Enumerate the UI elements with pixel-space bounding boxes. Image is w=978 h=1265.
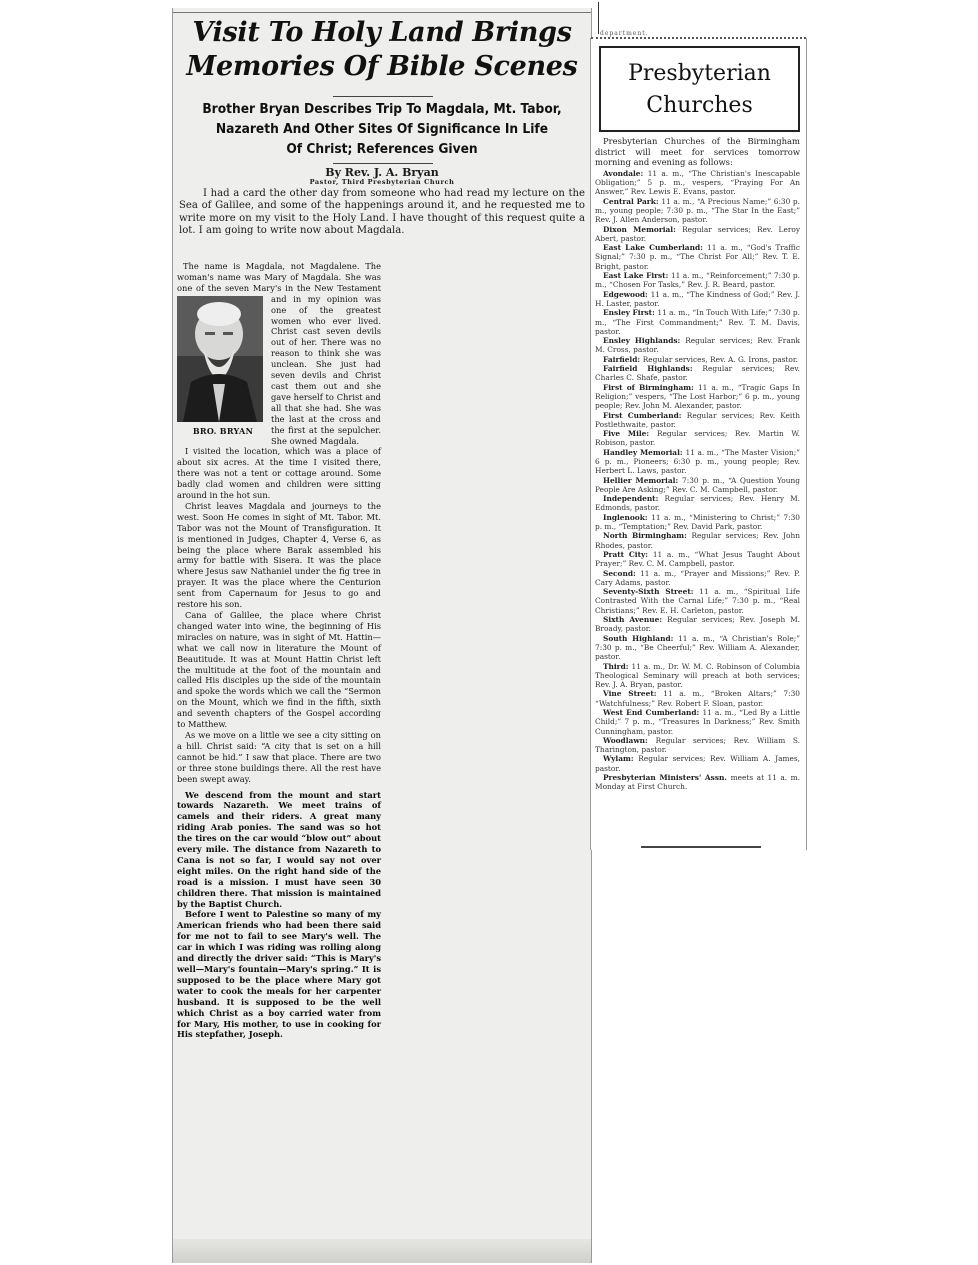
top-rule (591, 37, 806, 39)
church-name: Avondale: (603, 169, 648, 178)
church-name: Dixon Memorial: (603, 225, 682, 234)
church-listing: Woodlawn: Regular services; Rev. William… (595, 736, 800, 755)
church-listing: Fairfield Highlands: Regular services; R… (595, 364, 800, 383)
church-listing: Inglenook: 11 a. m., “Ministering to Chr… (595, 513, 800, 532)
church-listing: Dixon Memorial: Regular services; Rev. L… (595, 225, 800, 244)
church-listing: Independent: Regular services; Rev. Henr… (595, 494, 800, 513)
church-listing: Third: 11 a. m., Dr. W. M. C. Robinson o… (595, 662, 800, 690)
church-name: Sixth Avenue: (603, 615, 667, 624)
paragraph: Christ leaves Magdala and journeys to th… (177, 501, 381, 610)
author-photo-block: BRO. BRYAN (177, 296, 263, 440)
paragraph: We descend from the mount and start towa… (177, 790, 381, 910)
intro-paragraph: I had a card the other day from someone … (179, 188, 585, 238)
church-listing: Fairfield: Regular services, Rev. A. G. … (595, 355, 800, 364)
headline: Visit To Holy Land Brings Memories Of Bi… (177, 16, 587, 84)
byline-title: Pastor, Third Presbyterian Church (173, 178, 591, 186)
church-listing: Second: 11 a. m., “Prayer and Missions;”… (595, 569, 800, 588)
church-listing: Ensley First: 11 a. m., “In Touch With L… (595, 308, 800, 336)
church-name: Ensley Highlands: (603, 336, 685, 345)
church-name: Hellier Memorial: (603, 476, 682, 485)
church-listing: East Lake First: 11 a. m., “Reinforcemen… (595, 271, 800, 290)
subhead-line: Nazareth And Other Sites Of Significance… (193, 120, 571, 140)
church-list: Presbyterian Churches of the Birmingham … (595, 136, 800, 792)
church-name: Edgewood: (603, 290, 651, 299)
church-listing: First of Birmingham: 11 a. m., “Tragic G… (595, 383, 800, 411)
church-listing: Handley Memorial: 11 a. m., “The Master … (595, 448, 800, 476)
portrait-photo-icon (177, 296, 263, 422)
church-name: First Cumberland: (603, 411, 687, 420)
bottom-rule (641, 846, 761, 848)
church-listing: Ensley Highlands: Regular services; Rev.… (595, 336, 800, 355)
title-line: Churches (601, 90, 798, 122)
section-title: Presbyterian Churches (601, 48, 798, 122)
paragraph: As we move on a little we see a city sit… (177, 730, 381, 785)
church-name: East Lake Cumberland: (603, 243, 707, 252)
church-name: Central Park: (603, 197, 661, 206)
church-name: Fairfield: (603, 355, 643, 364)
listings: Avondale: 11 a. m., “The Christian's Ine… (595, 169, 800, 792)
church-listings-column: Presbyterian Churches Presbyterian Churc… (590, 38, 807, 850)
church-service-details: Regular services, Rev. A. G. Irons, past… (643, 355, 798, 364)
church-name: South Highland: (603, 634, 678, 643)
church-listing: South Highland: 11 a. m., “A Christian's… (595, 634, 800, 662)
church-name: Presbyterian Ministers' Assn. (603, 773, 731, 782)
church-name: North Birmingham: (603, 531, 691, 540)
church-name: Third: (603, 662, 632, 671)
headline-divider (333, 96, 433, 97)
church-name: East Lake First: (603, 271, 671, 280)
church-name: Inglenook: (603, 513, 651, 522)
church-name: Vine Street: (603, 689, 663, 698)
church-listing: Vine Street: 11 a. m., “Broken Altars;” … (595, 689, 800, 708)
church-listing: Pratt City: 11 a. m., “What Jesus Taught… (595, 550, 800, 569)
church-listing: Five Mile: Regular services; Rev. Martin… (595, 429, 800, 448)
section-title-box: Presbyterian Churches (599, 46, 800, 132)
church-name: Pratt City: (603, 550, 653, 559)
subhead-divider (333, 163, 433, 164)
church-listing: Central Park: 11 a. m., “A Precious Name… (595, 197, 800, 225)
fragment-text: department. (600, 30, 649, 37)
church-listing: West End Cumberland: 11 a. m., “Led By a… (595, 708, 800, 736)
church-listing: Hellier Memorial: 7:30 p. m., “A Questio… (595, 476, 800, 495)
paragraph: Cana of Galilee, the place where Christ … (177, 610, 381, 730)
church-listing: Seventy-Sixth Street: 11 a. m., “Spiritu… (595, 587, 800, 615)
church-listing: Presbyterian Ministers' Assn. meets at 1… (595, 773, 800, 792)
headline-line: Memories Of Bible Scenes (177, 50, 587, 84)
subhead-line: Of Christ; References Given (193, 140, 571, 160)
title-line: Presbyterian (601, 58, 798, 90)
church-name: Independent: (603, 494, 665, 503)
subhead-line: Brother Bryan Describes Trip To Magdala,… (193, 100, 571, 120)
church-name: Handley Memorial: (603, 448, 685, 457)
photo-caption: BRO. BRYAN (177, 422, 263, 440)
paragraph-lead: The name is Magdala, not Magdalene. The … (177, 261, 381, 293)
paragraph: Before I went to Palestine so many of my… (177, 909, 381, 1040)
church-name: Ensley First: (603, 308, 657, 317)
church-name: Wylam: (603, 754, 638, 763)
church-listing: Avondale: 11 a. m., “The Christian's Ine… (595, 169, 800, 197)
paragraph-rest: and in my opinion was one of the greates… (271, 294, 381, 446)
headline-line: Visit To Holy Land Brings (177, 16, 587, 50)
paragraph: I visited the location, which was a plac… (177, 446, 381, 501)
church-listing: Edgewood: 11 a. m., “The Kindness of God… (595, 290, 800, 309)
top-rule (173, 12, 591, 13)
church-listing: First Cumberland: Regular services; Rev.… (595, 411, 800, 430)
listings-intro: Presbyterian Churches of the Birmingham … (595, 136, 800, 168)
church-name: Five Mile: (603, 429, 657, 438)
article-body: The name is Magdala, not Magdalene. The … (177, 261, 381, 1040)
church-name: First of Birmingham: (603, 383, 698, 392)
church-listing: Wylam: Regular services; Rev. William A.… (595, 754, 800, 773)
church-name: Second: (603, 569, 640, 578)
paragraph: The name is Magdala, not Magdalene. The … (177, 261, 381, 446)
church-listing: North Birmingham: Regular services; Rev.… (595, 531, 800, 550)
church-name: West End Cumberland: (603, 708, 702, 717)
scan-edge (173, 1239, 591, 1263)
subheadline: Brother Bryan Describes Trip To Magdala,… (193, 100, 571, 160)
article-column: Visit To Holy Land Brings Memories Of Bi… (172, 8, 592, 1263)
church-listing: Sixth Avenue: Regular services; Rev. Jos… (595, 615, 800, 634)
church-name: Woodlawn: (603, 736, 656, 745)
church-name: Fairfield Highlands: (603, 364, 702, 373)
church-name: Seventy-Sixth Street: (603, 587, 699, 596)
church-listing: East Lake Cumberland: 11 a. m., “God's T… (595, 243, 800, 271)
